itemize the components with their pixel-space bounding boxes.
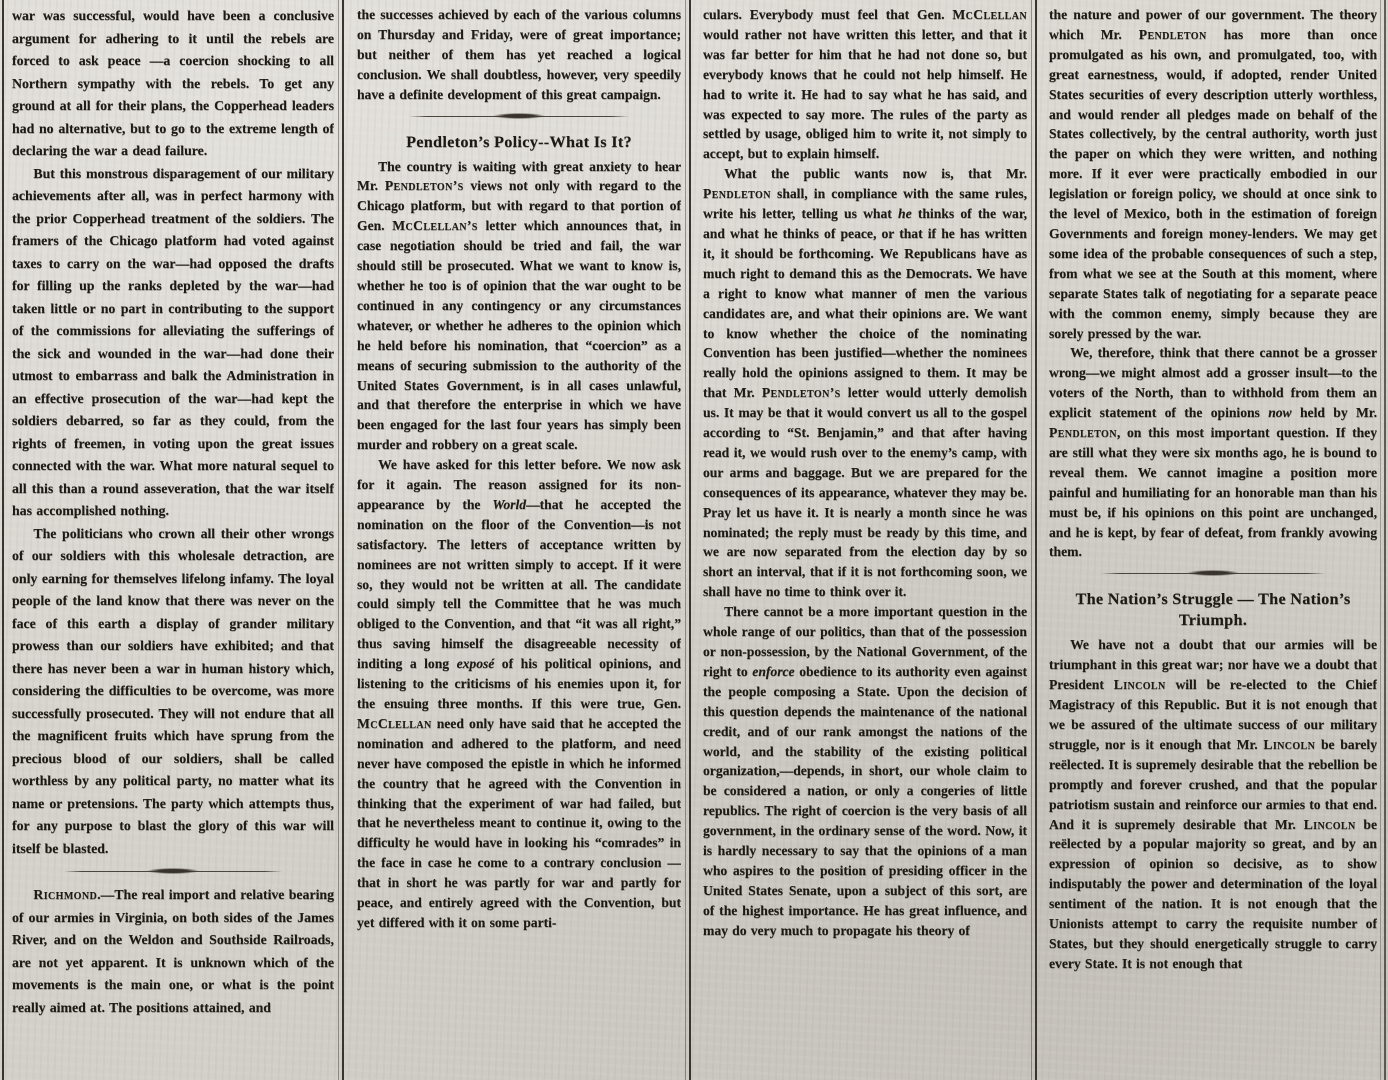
article-paragraph-continuation: the successes achieved by each of the va… [357, 5, 681, 105]
article-paragraph: The politicians who crown all their othe… [12, 523, 334, 861]
newspaper-column-3: culars. Everybody must feel that Gen. Mc… [703, 5, 1027, 1080]
article-paragraph: But this monstrous disparagement of our … [12, 163, 334, 523]
section-divider-rule [12, 860, 334, 884]
small-caps-proper-name: Pendleton [703, 186, 771, 201]
newspaper-column-1: war was successful, would have been a co… [12, 5, 334, 1080]
newspaper-column-4: the nature and power of our government. … [1049, 5, 1377, 1080]
article-paragraph: What the public wants now is, that Mr. P… [703, 164, 1027, 602]
article-headline: Pendleton’s Policy--What Is It? [357, 132, 681, 153]
divider-diamond [1187, 570, 1239, 576]
article-paragraph: We, therefore, think that there cannot b… [1049, 343, 1377, 562]
article-paragraph: We have not a doubt that our armies will… [1049, 635, 1377, 973]
column-rule-3 [1035, 0, 1037, 1080]
italicized-term: World [492, 497, 526, 512]
small-caps-proper-name: Pendleton [1049, 425, 1117, 440]
article-paragraph: Richmond.—The real import and relative b… [12, 884, 334, 1019]
page-right-edge-rule [1384, 0, 1386, 1080]
page-left-edge-rule [2, 0, 4, 1080]
newspaper-column-2: the successes achieved by each of the va… [357, 5, 681, 1080]
newspaper-page: war was successful, would have been a co… [0, 0, 1388, 1080]
small-caps-proper-name: Lincoln [1304, 817, 1356, 832]
italicized-term: now [1268, 405, 1291, 420]
small-caps-proper-name: Pendleton’s [762, 385, 841, 400]
divider-diamond [147, 868, 199, 874]
small-caps-proper-name: Richmond [33, 887, 97, 902]
article-paragraph-continuation: culars. Everybody must feel that Gen. Mc… [703, 5, 1027, 164]
section-divider-rule [357, 105, 681, 129]
column-rule-2 [689, 0, 691, 1080]
small-caps-proper-name: Lincoln [1114, 677, 1166, 692]
article-headline: The Nation’s Struggle — The Nation’s Tri… [1049, 589, 1377, 631]
italicized-term: enforce [752, 664, 794, 679]
small-caps-proper-name: McClellan [952, 7, 1027, 22]
italicized-term: he [898, 206, 912, 221]
divider-diamond [493, 113, 545, 119]
small-caps-proper-name: McClellan [357, 716, 432, 731]
small-caps-proper-name: Pendleton’s [385, 178, 464, 193]
small-caps-proper-name: McClellan’s [392, 218, 477, 233]
article-paragraph-continuation: the nature and power of our government. … [1049, 5, 1377, 343]
italicized-term: exposé [457, 656, 495, 671]
column-rule-1 [342, 0, 344, 1080]
article-paragraph: We have asked for this letter before. We… [357, 455, 681, 933]
article-paragraph: There cannot be a more important questio… [703, 602, 1027, 940]
small-caps-proper-name: Lincoln [1263, 737, 1315, 752]
small-caps-proper-name: Pendleton [1139, 27, 1207, 42]
section-divider-rule [1049, 562, 1377, 586]
article-paragraph: The country is waiting with great anxiet… [357, 157, 681, 456]
article-paragraph-continuation: war was successful, would have been a co… [12, 5, 334, 163]
